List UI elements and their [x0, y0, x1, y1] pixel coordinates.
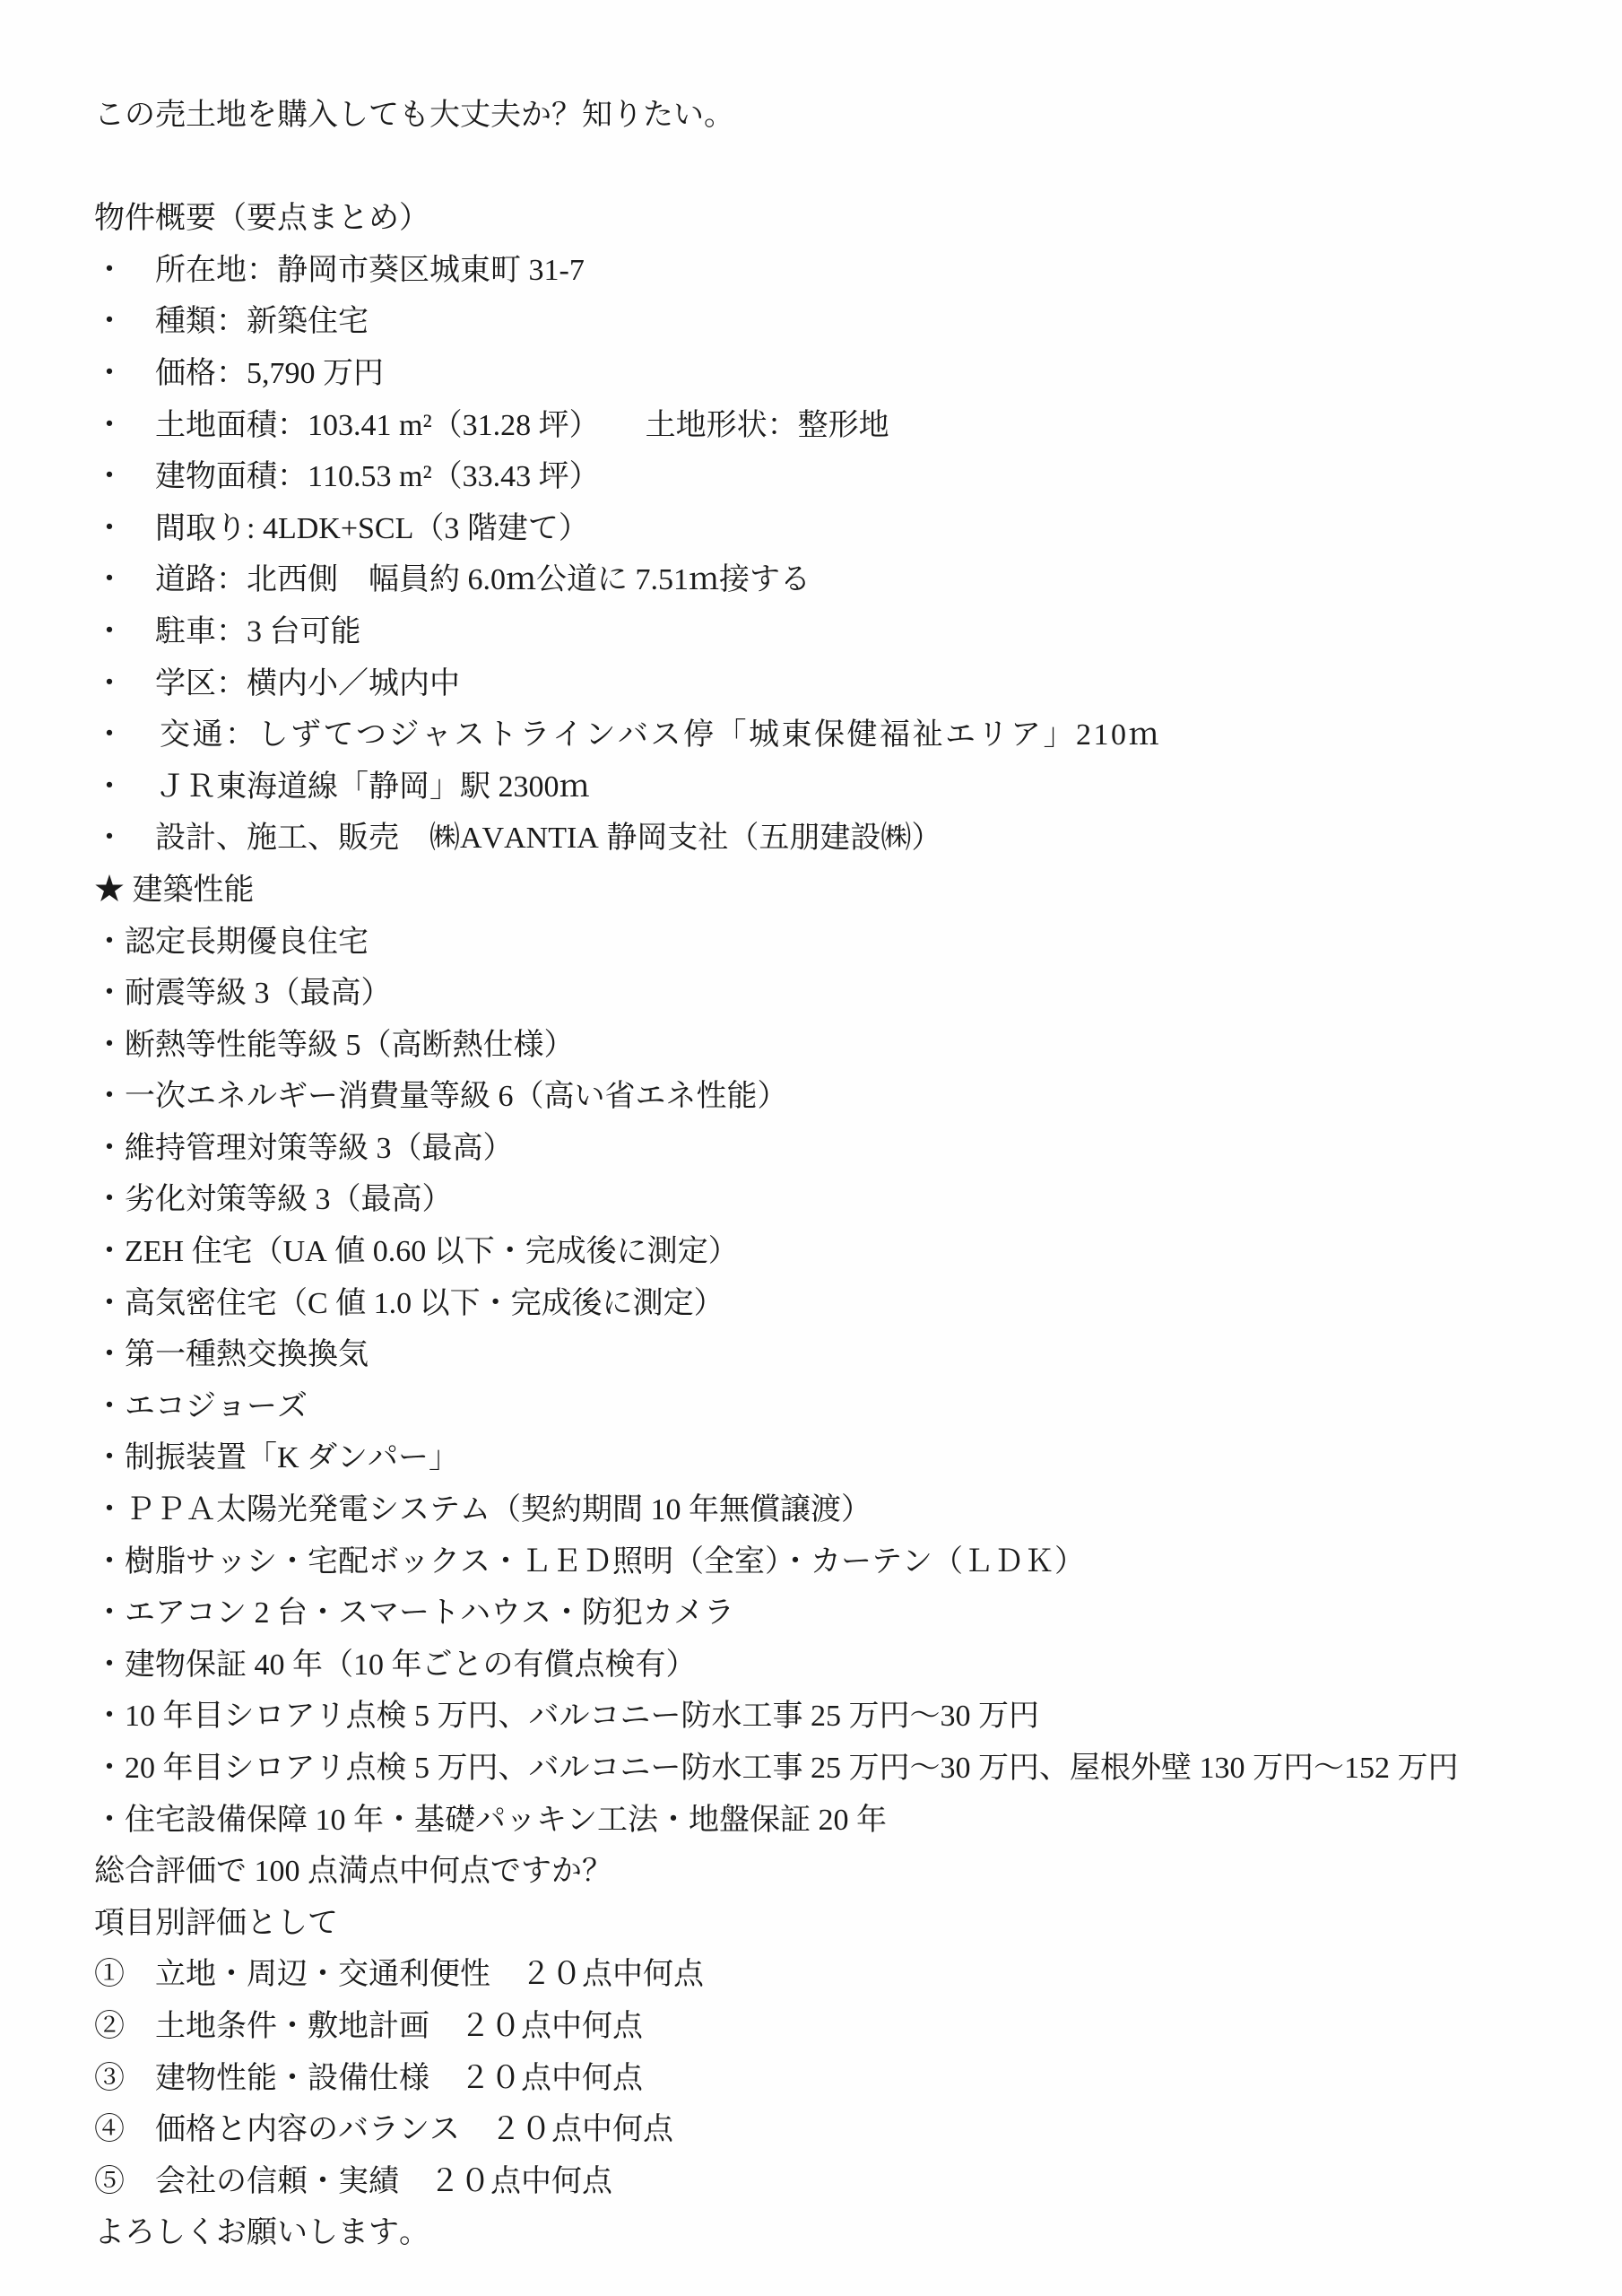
- text-line: ・建物保証 40 年（10 年ごとの有償点検有）: [94, 1639, 1541, 1692]
- text-line: ・10 年目シロアリ点検 5 万円、バルコニー防水工事 25 万円～30 万円: [94, 1691, 1541, 1743]
- text-line: ・ 駐車：3 台可能: [94, 606, 1541, 658]
- text-line: ・断熱等性能等級 5（高断熱仕様）: [94, 1020, 1541, 1072]
- text-line: よろしくお願いします。: [94, 2207, 1541, 2259]
- text-line: ・ 価格：5,790 万円: [94, 348, 1541, 400]
- text-line: ・高気密住宅（C 値 1.0 以下・完成後に測定）: [94, 1278, 1541, 1330]
- text-line: ・20 年目シロアリ点検 5 万円、バルコニー防水工事 25 万円～30 万円、…: [94, 1743, 1541, 1795]
- text-line: ・ 土地面積：103.41 m²（31.28 坪） 土地形状：整形地: [94, 400, 1541, 452]
- text-line: ・エアコン 2 台・スマートハウス・防犯カメラ: [94, 1587, 1541, 1639]
- document-body: この売土地を購入しても大丈夫か？知りたい。物件概要（要点まとめ）・ 所在地：静岡…: [94, 90, 1541, 2259]
- text-line: ・ 建物面積：110.53 m²（33.43 坪）: [94, 451, 1541, 503]
- text-line: ・ ＪＲ東海道線「静岡」駅 2300ｍ: [94, 761, 1541, 813]
- text-line: ・ 学区：横内小／城内中: [94, 658, 1541, 710]
- text-line: ・耐震等級 3（最高）: [94, 968, 1541, 1020]
- text-line: ① 立地・周辺・交通利便性 ２０点中何点: [94, 1949, 1541, 2001]
- text-line: ★ 建築性能: [94, 865, 1541, 917]
- text-line: ・第一種熱交換換気: [94, 1329, 1541, 1381]
- text-line: ・ 道路：北西側 幅員約 6.0ｍ公道に 7.51ｍ接する: [94, 554, 1541, 606]
- text-line: ・エコジョーズ: [94, 1381, 1541, 1433]
- text-line: ・劣化対策等級 3（最高）: [94, 1174, 1541, 1226]
- text-line: ・ZEH 住宅（UA 値 0.60 以下・完成後に測定）: [94, 1226, 1541, 1278]
- text-line: ・ＰＰＡ太陽光発電システム（契約期間 10 年無償譲渡）: [94, 1484, 1541, 1536]
- text-line: 物件概要（要点まとめ）: [94, 193, 1541, 245]
- text-line: ・ 種類：新築住宅: [94, 296, 1541, 348]
- text-line: ⑤ 会社の信頼・実績 ２０点中何点: [94, 2156, 1541, 2208]
- text-line: ② 土地条件・敷地計画 ２０点中何点: [94, 2001, 1541, 2053]
- text-line: ④ 価格と内容のバランス ２０点中何点: [94, 2104, 1541, 2156]
- text-line: ・樹脂サッシ・宅配ボックス・ＬＥＤ照明（全室）・カーテン（ＬＤＫ）: [94, 1536, 1541, 1588]
- text-line: ・ 設計、施工、販売 ㈱AVANTIA 静岡支社（五朋建設㈱）: [94, 813, 1541, 865]
- text-line: ・ 間取り: 4LDK+SCL（3 階建て）: [94, 503, 1541, 555]
- text-line: この売土地を購入しても大丈夫か？知りたい。: [94, 90, 1541, 142]
- text-line: ・ 所在地：静岡市葵区城東町 31-7: [94, 245, 1541, 297]
- text-line: ・制振装置「K ダンパー」: [94, 1432, 1541, 1484]
- text-line: ・住宅設備保障 10 年・基礎パッキン工法・地盤保証 20 年: [94, 1795, 1541, 1847]
- document-page: この売土地を購入しても大丈夫か？知りたい。物件概要（要点まとめ）・ 所在地：静岡…: [0, 0, 1622, 2296]
- text-line: 項目別評価として: [94, 1898, 1541, 1950]
- text-line: ③ 建物性能・設備仕様 ２０点中何点: [94, 2053, 1541, 2105]
- text-line: ・ 交通：しずてつジャストラインバス停「城東保健福祉エリア」210ｍ: [94, 709, 1541, 761]
- text-line: ・認定長期優良住宅: [94, 917, 1541, 969]
- blank-line: [94, 142, 1541, 194]
- text-line: ・一次エネルギー消費量等級 6（高い省エネ性能）: [94, 1071, 1541, 1123]
- text-line: 総合評価で 100 点満点中何点ですか？: [94, 1846, 1541, 1898]
- text-line: ・維持管理対策等級 3（最高）: [94, 1123, 1541, 1175]
